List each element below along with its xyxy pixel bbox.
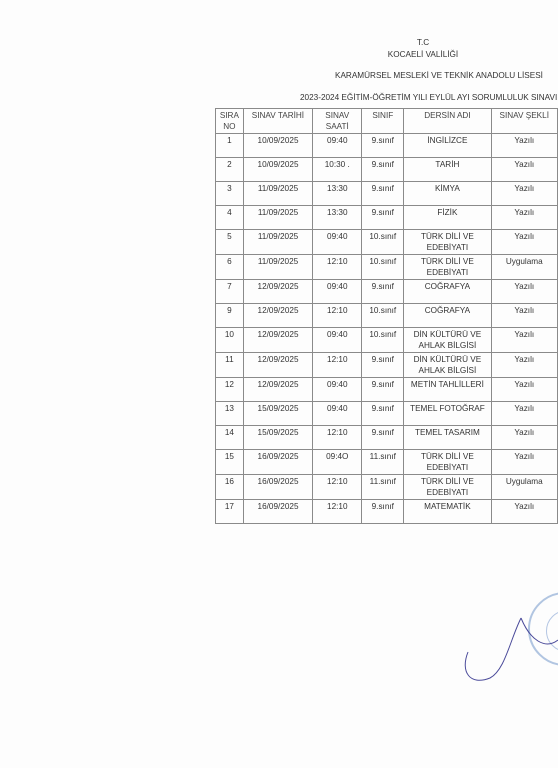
signature-icon	[0, 0, 558, 768]
